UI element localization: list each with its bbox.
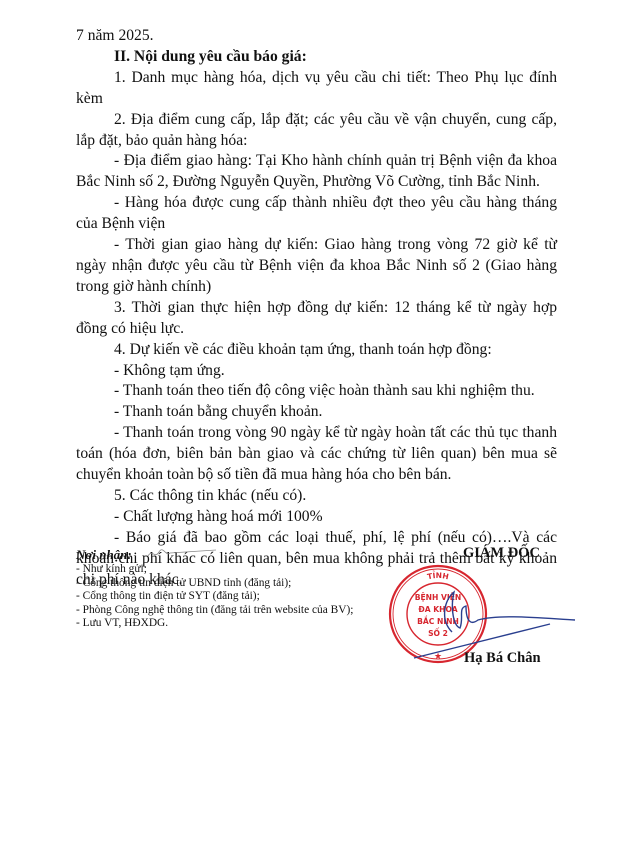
paragraph: - Thời gian giao hàng dự kiến: Giao hàng… [76,235,557,298]
recipient-item: - Như kính gửi; [76,563,376,577]
paragraph: 2. Địa điểm cung cấp, lắp đặt; các yêu c… [76,110,557,152]
paragraph: II. Nội dung yêu cầu báo giá: [76,47,557,68]
paragraph: - Hàng hóa được cung cấp thành nhiều đợt… [76,193,557,235]
recipient-item: - Cổng thông tin điện tử SYT (đăng tải); [76,590,376,604]
recipients-title-text: Nơi nhận: [76,547,132,562]
paragraph: 7 năm 2025. [76,26,557,47]
paragraph: 4. Dự kiến về các điều khoản tạm ứng, th… [76,340,557,361]
handwritten-signature-icon [410,580,580,660]
recipients-block: Nơi nhận: - Như kính gửi;- Cổng thông ti… [76,547,376,631]
recipient-item: - Lưu VT, HĐXDG. [76,617,376,631]
paragraph: - Không tạm ứng. [76,361,557,382]
paragraph: - Địa điểm giao hàng: Tại Kho hành chính… [76,151,557,193]
paragraph: 3. Thời gian thực hiện hợp đồng dự kiến:… [76,298,557,340]
recipients-title: Nơi nhận: [76,547,376,563]
paragraph: - Thanh toán trong vòng 90 ngày kể từ ng… [76,423,557,486]
paragraph: 5. Các thông tin khác (nếu có). [76,486,557,507]
document-body: 7 năm 2025.II. Nội dung yêu cầu báo giá:… [76,26,557,590]
paragraph: - Thanh toán bằng chuyển khoản. [76,402,557,423]
paragraph: - Chất lượng hàng hoá mới 100% [76,507,557,528]
signer-name: Hạ Bá Chân [464,650,541,667]
paragraph: 1. Danh mục hàng hóa, dịch vụ yêu cầu ch… [76,68,557,110]
recipient-item: - Phòng Công nghệ thông tin (đăng tải tr… [76,604,376,618]
initials-scribble-icon [146,547,226,561]
director-title: GIÁM ĐỐC [463,545,540,562]
paragraph: - Thanh toán theo tiến độ công việc hoàn… [76,381,557,402]
recipients-list: - Như kính gửi;- Cổng thông tin điện tử … [76,563,376,631]
recipient-item: - Cổng thông tin điện tử UBND tỉnh (đăng… [76,577,376,591]
